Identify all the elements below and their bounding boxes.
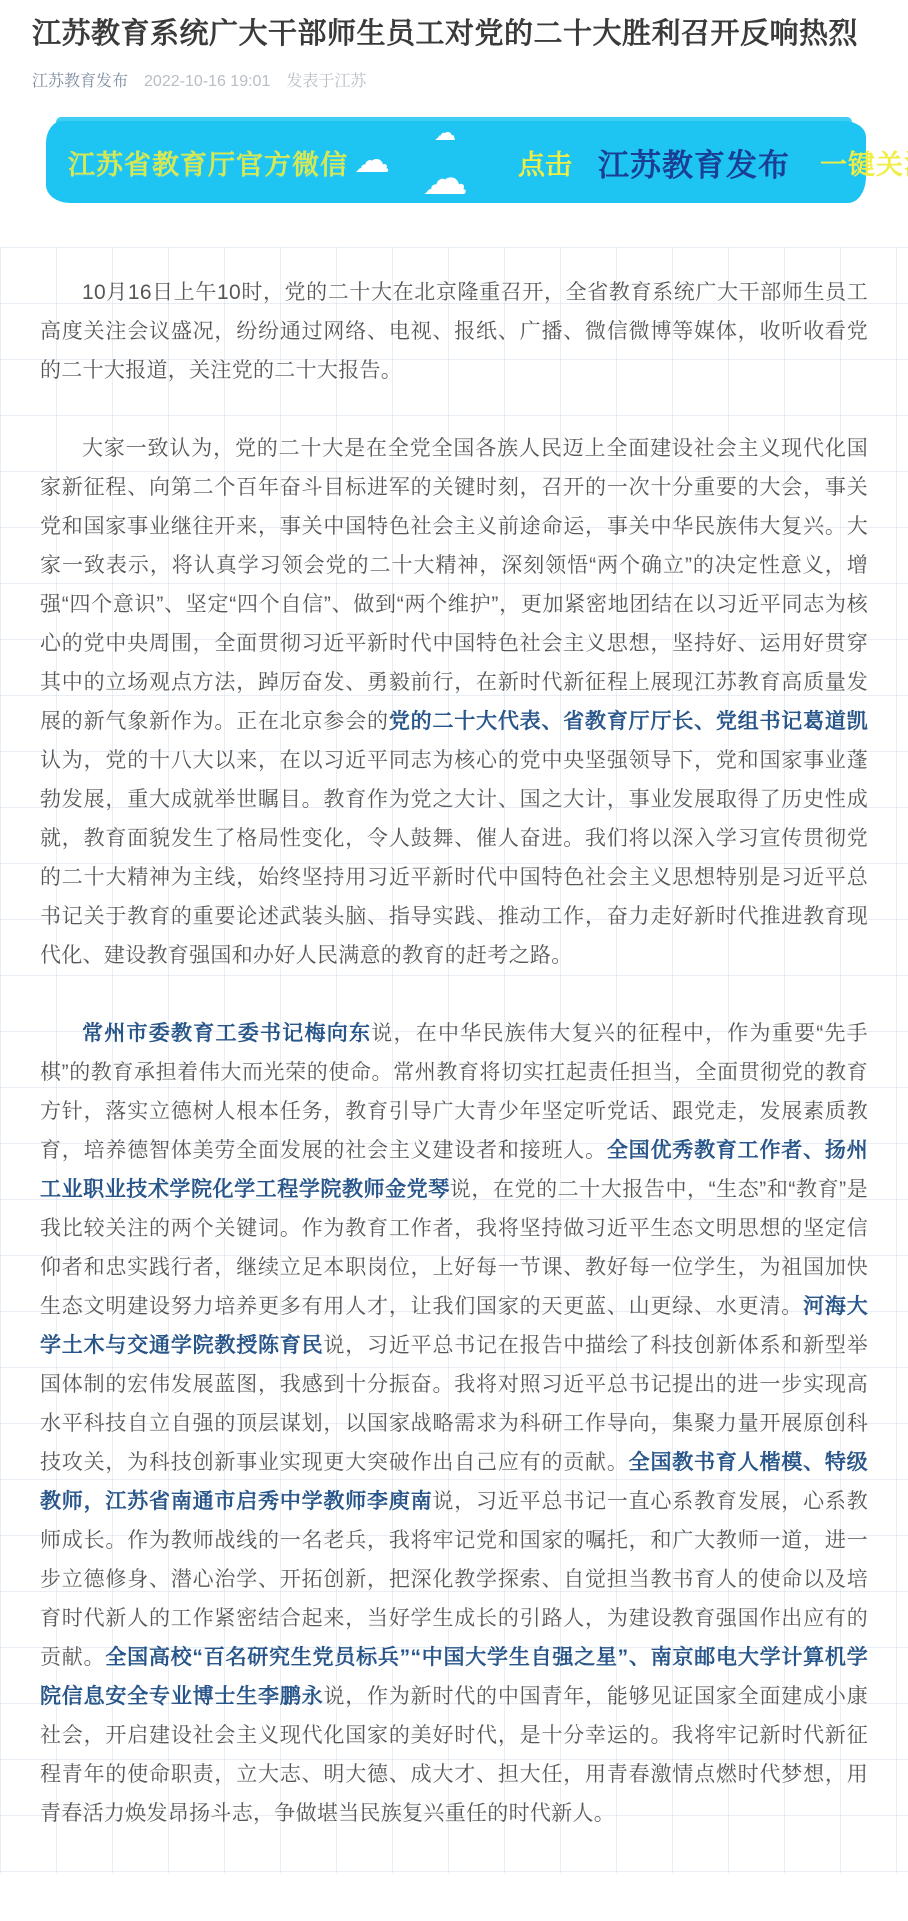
paragraph-text: 大家一致认为，党的二十大是在全党全国各族人民迈上全面建设社会主义现代化国家新征程… <box>40 437 868 733</box>
publish-location: 发表于江苏 <box>286 68 366 91</box>
publish-datetime: 2022-10-16 19:01 <box>144 73 270 91</box>
cloud-icon: ☁ <box>434 123 456 145</box>
follow-button-label[interactable]: 一键关注 <box>820 143 908 182</box>
follow-banner[interactable]: 江苏省教育厅官方微信 ☁ ☁ ☁ 点击 江苏教育发布 一键关注 <box>46 121 866 203</box>
paragraph-text: 认为，党的十八大以来，在以习近平同志为核心的党中央坚强领导下，党和国家事业蓬勃发… <box>40 749 868 967</box>
article-body: 10月16日上午10时，党的二十大在北京隆重召开，全省教育系统广大干部师生员工高… <box>0 247 908 1873</box>
highlighted-name: 常州市委教育工委书记梅向东 <box>82 1022 371 1045</box>
cloud-icon: ☁ <box>422 155 468 201</box>
byline: 江苏教育发布 2022-10-16 19:01 发表于江苏 <box>32 68 878 91</box>
paragraph: 常州市委教育工委书记梅向东说，在中华民族伟大复兴的征程中，作为重要“先手棋”的教… <box>40 1014 868 1833</box>
account-name-link[interactable]: 江苏教育发布 <box>32 68 128 91</box>
paragraph: 大家一致认为，党的二十大是在全党全国各族人民迈上全面建设社会主义现代化国家新征程… <box>40 429 868 975</box>
banner-click-label: 点击 <box>518 143 572 182</box>
cloud-icon: ☁ <box>354 143 390 179</box>
article-title: 江苏教育系统广大干部师生员工对党的二十大胜利召开反响热烈 <box>32 16 878 52</box>
banner-left-label: 江苏省教育厅官方微信 <box>68 143 348 182</box>
banner-account-name: 江苏教育发布 <box>598 140 790 185</box>
clouds-decoration: ☁ ☁ ☁ <box>348 121 518 203</box>
paragraph-text: 10月16日上午10时，党的二十大在北京隆重召开，全省教育系统广大干部师生员工高… <box>40 281 868 382</box>
paragraph: 10月16日上午10时，党的二十大在北京隆重召开，全省教育系统广大干部师生员工高… <box>40 273 868 390</box>
paragraph-text: 说，习近平总书记一直心系教育发展，心系教师成长。作为教师战线的一名老兵，我将牢记… <box>40 1490 868 1669</box>
article-page: 江苏教育系统广大干部师生员工对党的二十大胜利召开反响热烈 江苏教育发布 2022… <box>0 16 908 1921</box>
highlighted-name: 党的二十大代表、省教育厅厅长、党组书记葛道凯 <box>389 710 868 733</box>
